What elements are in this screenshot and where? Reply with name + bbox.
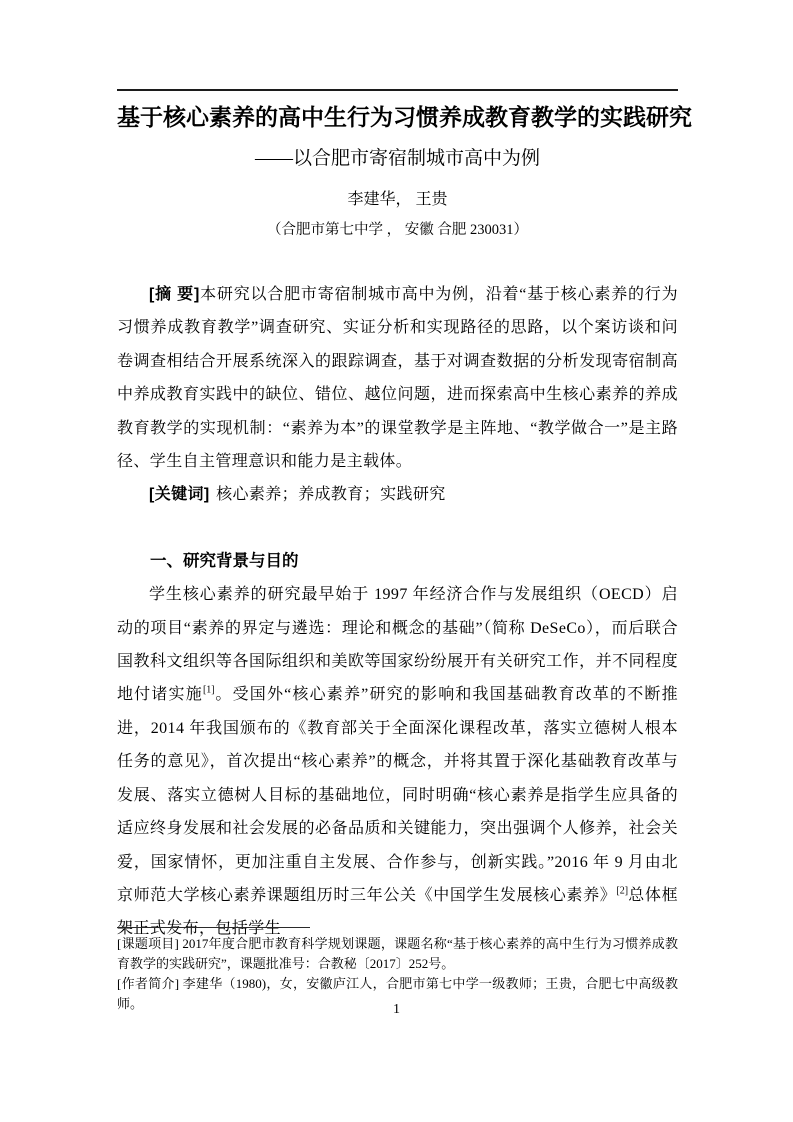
abstract-text: 本研究以合肥市寄宿制城市高中为例，沿着“基于核心素养的行为习惯养成教育教学”调查…	[117, 286, 678, 470]
authors-line: 李建华， 王贵	[117, 188, 678, 212]
paper-title: 基于核心素养的高中生行为习惯养成教育教学的实践研究	[117, 100, 678, 134]
page-content: 基于核心素养的高中生行为习惯养成教育教学的实践研究 ——以合肥市寄宿制城市高中为…	[117, 0, 678, 946]
keywords-line: [关键词]核心素养；养成教育；实践研究	[117, 478, 678, 511]
keywords-label: [关键词]	[149, 486, 210, 503]
footnote-project: [课题项目] 2017年度合肥市教育科学规划课题，课题名称“基于核心素养的高中生…	[117, 934, 678, 974]
body-text-part2: 。受国外“核心素养”研究的影响和我国基础教育改革的不断推进，2014 年我国颁布…	[117, 686, 678, 903]
header-rule	[117, 89, 678, 91]
page-number: 1	[0, 1001, 793, 1019]
keywords-text: 核心素养；养成教育；实践研究	[216, 486, 446, 503]
citation-ref-2: [2]	[616, 886, 628, 897]
body-paragraph: 学生核心素养的研究最早始于 1997 年经济合作与发展组织（OECD）启动的项目…	[117, 578, 678, 945]
affiliation-line: （合肥市第七中学 ， 安徽 合肥 230031）	[117, 219, 678, 241]
document-page: 基于核心素养的高中生行为习惯养成教育教学的实践研究 ——以合肥市寄宿制城市高中为…	[0, 0, 793, 1122]
citation-ref-1: [1]	[203, 685, 215, 696]
footnote-separator	[117, 927, 310, 928]
abstract-label: [摘 要]	[149, 286, 200, 303]
abstract-paragraph: [摘 要]本研究以合肥市寄宿制城市高中为例，沿着“基于核心素养的行为习惯养成教育…	[117, 278, 678, 478]
paper-subtitle: ——以合肥市寄宿制城市高中为例	[117, 145, 678, 173]
section-heading-1: 一、研究背景与目的	[117, 545, 678, 578]
